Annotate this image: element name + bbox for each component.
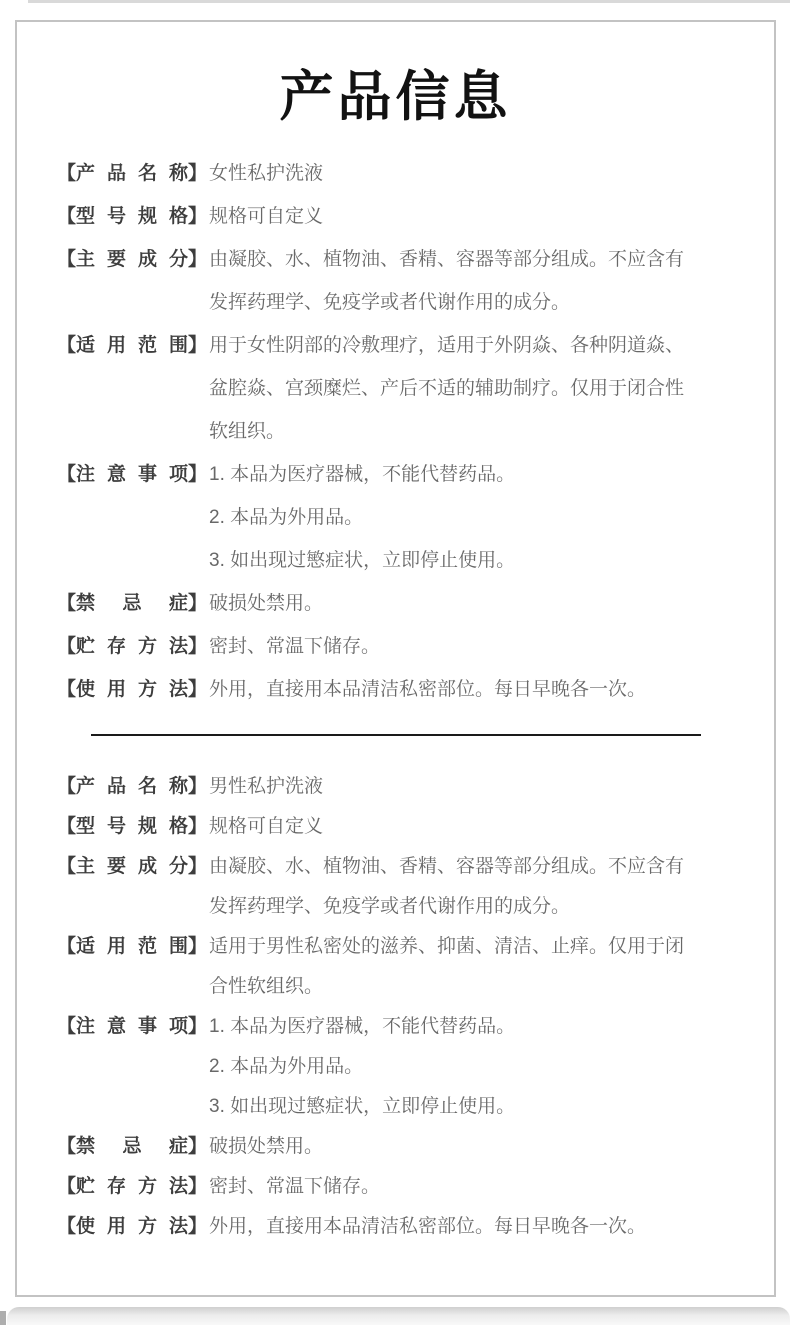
right-bracket-glyph: 】	[188, 636, 207, 657]
spec-label-text: 型号规格	[76, 195, 188, 238]
spec-label: 【使用方法】	[57, 668, 209, 711]
spec-row: 【适用范围】 适用于男性私密处的滋养、抑菌、清洁、止痒。仅用于闭合性软组织。	[57, 927, 744, 1007]
spec-text-line: 规格可自定义	[209, 807, 744, 847]
spec-text-line: 由凝胶、水、植物油、香精、容器等部分组成。不应含有	[209, 238, 744, 281]
spec-label: 【贮存方法】	[57, 625, 209, 668]
right-bracket-glyph: 】	[188, 1176, 207, 1197]
spec-label: 【产品名称】	[57, 152, 209, 195]
right-bracket-glyph: 】	[188, 936, 207, 957]
spec-text-line: 2. 本品为外用品。	[209, 496, 744, 539]
spec-row: 【型号规格】 规格可自定义	[57, 195, 744, 238]
spec-text-line: 发挥药理学、免疫学或者代谢作用的成分。	[209, 281, 744, 324]
right-bracket-glyph: 】	[188, 856, 207, 877]
spec-label: 【适用范围】	[57, 324, 209, 367]
spec-text-line: 软组织。	[209, 410, 744, 453]
spec-value: 外用，直接用本品清洁私密部位。每日早晚各一次。	[209, 668, 744, 711]
spec-text-line: 女性私护洗液	[209, 152, 744, 195]
left-bracket-glyph: 【	[57, 936, 76, 957]
spec-value: 密封、常温下储存。	[209, 1167, 744, 1207]
spec-label: 【使用方法】	[57, 1207, 209, 1247]
spec-text-line: 用于女性阴部的冷敷理疗，适用于外阴焱、各种阴道焱、	[209, 324, 744, 367]
right-bracket-glyph: 】	[188, 776, 207, 797]
spec-label: 【注意事项】	[57, 1007, 209, 1047]
spec-text-line: 发挥药理学、免疫学或者代谢作用的成分。	[209, 887, 744, 927]
spec-label: 【注意事项】	[57, 453, 209, 496]
right-bracket-glyph: 】	[188, 1216, 207, 1237]
left-bracket-glyph: 【	[57, 1176, 76, 1197]
spec-label-text: 贮存方法	[76, 1167, 188, 1207]
spec-label: 【贮存方法】	[57, 1167, 209, 1207]
spec-row: 【使用方法】 外用，直接用本品清洁私密部位。每日早晚各一次。	[57, 668, 744, 711]
spec-text-line: 破损处禁用。	[209, 582, 744, 625]
spec-row: 【注意事项】 1. 本品为医疗器械，不能代替药品。2. 本品为外用品。3. 如出…	[57, 453, 744, 582]
spec-text-line: 密封、常温下储存。	[209, 1167, 744, 1207]
spec-value: 破损处禁用。	[209, 582, 744, 625]
spec-text-line: 规格可自定义	[209, 195, 744, 238]
left-bracket-glyph: 【	[57, 1216, 76, 1237]
spec-row: 【主要成分】 由凝胶、水、植物油、香精、容器等部分组成。不应含有发挥药理学、免疫…	[57, 238, 744, 324]
spec-text-line: 外用，直接用本品清洁私密部位。每日早晚各一次。	[209, 1207, 744, 1247]
spec-text-line: 3. 如出现过慜症状，立即停止使用。	[209, 1087, 744, 1127]
previous-card-edge	[28, 0, 790, 3]
spec-label: 【禁忌症】	[57, 1127, 209, 1167]
product-info-panel: 产品信息 【产品名称】 女性私护洗液 【型号规格】 规格可自定义 【主要成分】 …	[15, 20, 776, 1297]
spec-label: 【适用范围】	[57, 927, 209, 967]
spec-label: 【产品名称】	[57, 767, 209, 807]
left-bracket-glyph: 【	[57, 163, 76, 184]
spec-label-text: 禁忌症	[76, 1127, 188, 1167]
spec-value: 由凝胶、水、植物油、香精、容器等部分组成。不应含有发挥药理学、免疫学或者代谢作用…	[209, 847, 744, 927]
spec-label: 【禁忌症】	[57, 582, 209, 625]
right-bracket-glyph: 】	[188, 163, 207, 184]
right-bracket-glyph: 】	[188, 679, 207, 700]
spec-label: 【型号规格】	[57, 807, 209, 847]
spec-text-line: 密封、常温下储存。	[209, 625, 744, 668]
left-bracket-glyph: 【	[57, 1136, 76, 1157]
spec-value: 适用于男性私密处的滋养、抑菌、清洁、止痒。仅用于闭合性软组织。	[209, 927, 744, 1007]
spec-label-text: 适用范围	[76, 927, 188, 967]
spec-text-line: 1. 本品为医疗器械，不能代替药品。	[209, 1007, 744, 1047]
spec-label: 【型号规格】	[57, 195, 209, 238]
spec-value: 用于女性阴部的冷敷理疗，适用于外阴焱、各种阴道焱、盆腔焱、宫颈糜烂、产后不适的辅…	[209, 324, 744, 453]
left-bracket-glyph: 【	[57, 679, 76, 700]
spec-label-text: 产品名称	[76, 767, 188, 807]
spec-text-line: 由凝胶、水、植物油、香精、容器等部分组成。不应含有	[209, 847, 744, 887]
spec-value: 规格可自定义	[209, 195, 744, 238]
spec-label-text: 贮存方法	[76, 625, 188, 668]
spec-text-line: 2. 本品为外用品。	[209, 1047, 744, 1087]
spec-label-text: 主要成分	[76, 238, 188, 281]
right-bracket-glyph: 】	[188, 249, 207, 270]
spec-value: 外用，直接用本品清洁私密部位。每日早晚各一次。	[209, 1207, 744, 1247]
spec-label-text: 主要成分	[76, 847, 188, 887]
left-bracket-glyph: 【	[57, 593, 76, 614]
spec-label-text: 注意事项	[76, 1007, 188, 1047]
spec-label-text: 使用方法	[76, 668, 188, 711]
left-bracket-glyph: 【	[57, 636, 76, 657]
right-bracket-glyph: 】	[188, 206, 207, 227]
left-bracket-glyph: 【	[57, 1016, 76, 1037]
spec-label: 【主要成分】	[57, 847, 209, 887]
spec-value: 女性私护洗液	[209, 152, 744, 195]
spec-value: 由凝胶、水、植物油、香精、容器等部分组成。不应含有发挥药理学、免疫学或者代谢作用…	[209, 238, 744, 324]
spec-text-line: 1. 本品为医疗器械，不能代替药品。	[209, 453, 744, 496]
page-title: 产品信息	[17, 62, 774, 132]
right-bracket-glyph: 】	[188, 1016, 207, 1037]
right-bracket-glyph: 】	[188, 464, 207, 485]
spec-row: 【适用范围】 用于女性阴部的冷敷理疗，适用于外阴焱、各种阴道焱、盆腔焱、宫颈糜烂…	[57, 324, 744, 453]
left-bracket-glyph: 【	[57, 816, 76, 837]
female-product-section: 【产品名称】 女性私护洗液 【型号规格】 规格可自定义 【主要成分】 由凝胶、水…	[17, 152, 774, 711]
spec-row: 【禁忌症】 破损处禁用。	[57, 1127, 744, 1167]
left-bracket-glyph: 【	[57, 249, 76, 270]
right-bracket-glyph: 】	[188, 1136, 207, 1157]
spec-label-text: 禁忌症	[76, 582, 188, 625]
spec-value: 规格可自定义	[209, 807, 744, 847]
spec-row: 【贮存方法】 密封、常温下储存。	[57, 625, 744, 668]
spec-row: 【注意事项】 1. 本品为医疗器械，不能代替药品。2. 本品为外用品。3. 如出…	[57, 1007, 744, 1127]
spec-value: 男性私护洗液	[209, 767, 744, 807]
left-bracket-glyph: 【	[57, 335, 76, 356]
spec-text-line: 3. 如出现过慜症状，立即停止使用。	[209, 539, 744, 582]
left-bracket-glyph: 【	[57, 464, 76, 485]
spec-row: 【产品名称】 女性私护洗液	[57, 152, 744, 195]
right-bracket-glyph: 】	[188, 816, 207, 837]
spec-label-text: 产品名称	[76, 152, 188, 195]
spec-row: 【型号规格】 规格可自定义	[57, 807, 744, 847]
spec-value: 密封、常温下储存。	[209, 625, 744, 668]
spec-label-text: 适用范围	[76, 324, 188, 367]
right-bracket-glyph: 】	[188, 593, 207, 614]
left-bracket-glyph: 【	[57, 776, 76, 797]
spec-label-text: 注意事项	[76, 453, 188, 496]
spec-text-line: 盆腔焱、宫颈糜烂、产后不适的辅助制疗。仅用于闭合性	[209, 367, 744, 410]
next-card-corner	[0, 1311, 6, 1325]
spec-row: 【使用方法】 外用，直接用本品清洁私密部位。每日早晚各一次。	[57, 1207, 744, 1247]
left-bracket-glyph: 【	[57, 856, 76, 877]
next-card-edge	[7, 1307, 790, 1325]
spec-text-line: 破损处禁用。	[209, 1127, 744, 1167]
spec-label-text: 使用方法	[76, 1207, 188, 1247]
spec-text-line: 男性私护洗液	[209, 767, 744, 807]
spec-value: 1. 本品为医疗器械，不能代替药品。2. 本品为外用品。3. 如出现过慜症状，立…	[209, 1007, 744, 1127]
spec-text-line: 合性软组织。	[209, 967, 744, 1007]
spec-text-line: 适用于男性私密处的滋养、抑菌、清洁、止痒。仅用于闭	[209, 927, 744, 967]
male-product-section: 【产品名称】 男性私护洗液 【型号规格】 规格可自定义 【主要成分】 由凝胶、水…	[17, 767, 774, 1247]
section-divider	[91, 734, 701, 736]
spec-row: 【贮存方法】 密封、常温下储存。	[57, 1167, 744, 1207]
spec-row: 【产品名称】 男性私护洗液	[57, 767, 744, 807]
left-bracket-glyph: 【	[57, 206, 76, 227]
spec-row: 【主要成分】 由凝胶、水、植物油、香精、容器等部分组成。不应含有发挥药理学、免疫…	[57, 847, 744, 927]
spec-row: 【禁忌症】 破损处禁用。	[57, 582, 744, 625]
spec-label: 【主要成分】	[57, 238, 209, 281]
right-bracket-glyph: 】	[188, 335, 207, 356]
spec-sections: 【产品名称】 女性私护洗液 【型号规格】 规格可自定义 【主要成分】 由凝胶、水…	[17, 152, 774, 1247]
spec-value: 破损处禁用。	[209, 1127, 744, 1167]
spec-text-line: 外用，直接用本品清洁私密部位。每日早晚各一次。	[209, 668, 744, 711]
spec-value: 1. 本品为医疗器械，不能代替药品。2. 本品为外用品。3. 如出现过慜症状，立…	[209, 453, 744, 582]
spec-label-text: 型号规格	[76, 807, 188, 847]
